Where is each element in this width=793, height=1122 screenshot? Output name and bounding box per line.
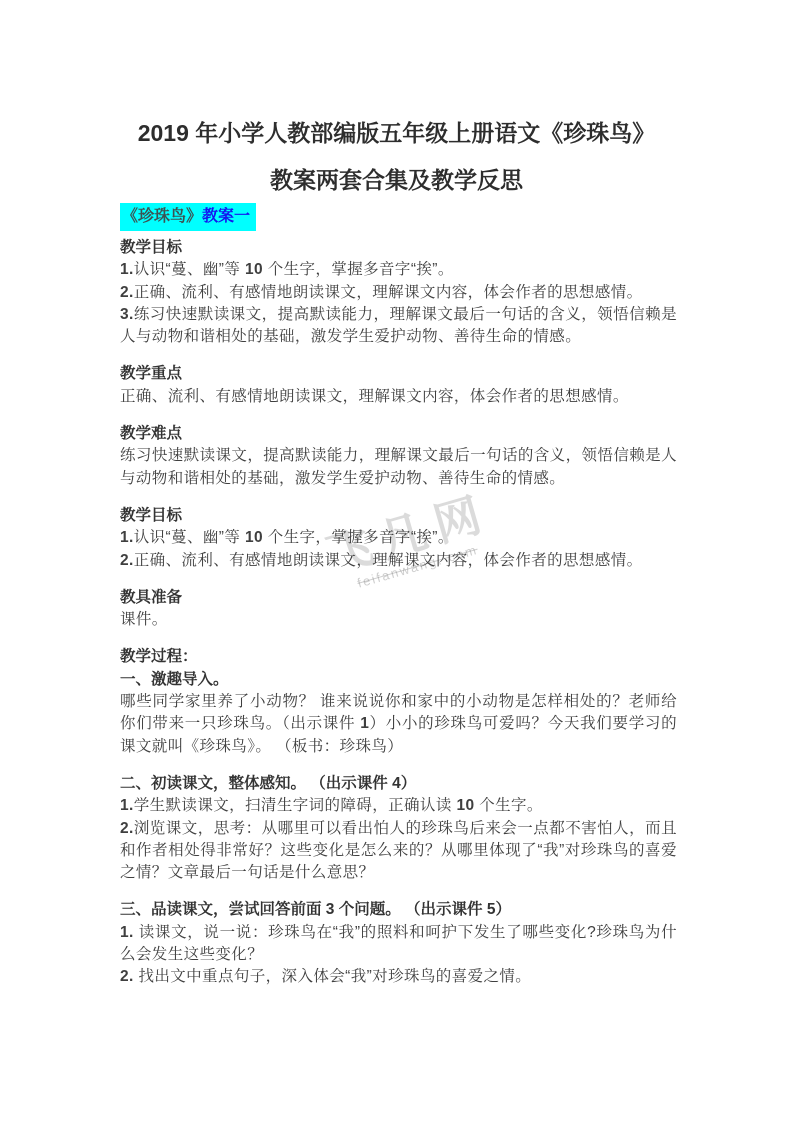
document-page: 2019 年小学人教部编版五年级上册语文《珍珠鸟》 教案两套合集及教学反思 《珍… [0,0,793,1122]
section-heading: 三、品读课文，尝试回答前面 3 个问题。 （出示课件 5） [120,899,677,921]
document-section: 教具准备课件。 [120,587,677,632]
paragraph: 课件。 [120,609,677,631]
subtitle-book-title: 《珍珠鸟》 [122,208,202,225]
document-section: 教学重点正确、流利、有感情地朗读课文，理解课文内容，体会作者的思想感情。 [120,363,677,408]
paragraph: 1. 读课文，说一说：珍珠鸟在“我”的照料和呵护下发生了哪些变化?珍珠鸟为什么会… [120,922,677,967]
document-section: 教学目标1.认识“蔓、幽”等 10 个生字，掌握多音字“挨”。2.正确、流利、有… [120,237,677,348]
document-title-line-2: 教案两套合集及教学反思 [118,157,675,204]
document-title-line-1: 2019 年小学人教部编版五年级上册语文《珍珠鸟》 [118,110,675,157]
subtitle-highlight-line: 《珍珠鸟》教案一 [120,203,256,231]
section-heading: 教学重点 [120,363,677,385]
section-heading: 教学过程： [120,646,677,668]
section-heading: 教具准备 [120,587,677,609]
paragraph: 正确、流利、有感情地朗读课文，理解课文内容，体会作者的思想感情。 [120,386,677,408]
paragraph: 1.学生默读课文，扫清生字词的障碍，正确认读 10 个生字。 [120,795,677,817]
document-title: 2019 年小学人教部编版五年级上册语文《珍珠鸟》 教案两套合集及教学反思 [118,110,675,204]
highlighted-subtitle: 《珍珠鸟》教案一 [120,203,256,231]
paragraph: 2.正确、流利、有感情地朗读课文，理解课文内容，体会作者的思想感情。 [120,282,677,304]
paragraph: 2.正确、流利、有感情地朗读课文，理解课文内容，体会作者的思想感情。 [120,550,677,572]
paragraph: 2. 找出文中重点句子，深入体会“我”对珍珠鸟的喜爱之情。 [120,966,677,988]
section-heading: 教学难点 [120,423,677,445]
paragraph: 3.练习快速默读课文，提高默读能力，理解课文最后一句话的含义，领悟信赖是人与动物… [120,304,677,349]
section-heading: 二、初读课文，整体感知。 （出示课件 4） [120,773,677,795]
document-section: 二、初读课文，整体感知。 （出示课件 4）1.学生默读课文，扫清生字词的障碍，正… [120,773,677,884]
paragraph: 哪些同学家里养了小动物？ 谁来说说你和家中的小动物是怎样相处的？老师给你们带来一… [120,691,677,758]
document-section: 教学难点练习快速默读课文，提高默读能力，理解课文最后一句话的含义，领悟信赖是人与… [120,423,677,490]
document-body: 教学目标1.认识“蔓、幽”等 10 个生字，掌握多音字“挨”。2.正确、流利、有… [120,237,677,1004]
document-section: 三、品读课文，尝试回答前面 3 个问题。 （出示课件 5）1. 读课文，说一说：… [120,899,677,988]
section-heading: 教学目标 [120,505,677,527]
section-heading: 教学目标 [120,237,677,259]
paragraph: 2.浏览课文，思考：从哪里可以看出怕人的珍珠鸟后来会一点都不害怕人，而且和作者相… [120,818,677,885]
document-section: 教学目标1.认识“蔓、幽”等 10 个生字，掌握多音字“挨”。2.正确、流利、有… [120,505,677,572]
document-section: 教学过程：一、激趣导入。哪些同学家里养了小动物？ 谁来说说你和家中的小动物是怎样… [120,646,677,757]
subtitle-lesson-plan-label: 教案一 [202,208,250,225]
paragraph: 1.认识“蔓、幽”等 10 个生字，掌握多音字“挨”。 [120,527,677,549]
section-heading: 一、激趣导入。 [120,669,677,691]
paragraph: 1.认识“蔓、幽”等 10 个生字，掌握多音字“挨”。 [120,259,677,281]
paragraph: 练习快速默读课文，提高默读能力，理解课文最后一句话的含义，领悟信赖是人与动物和谐… [120,445,677,490]
